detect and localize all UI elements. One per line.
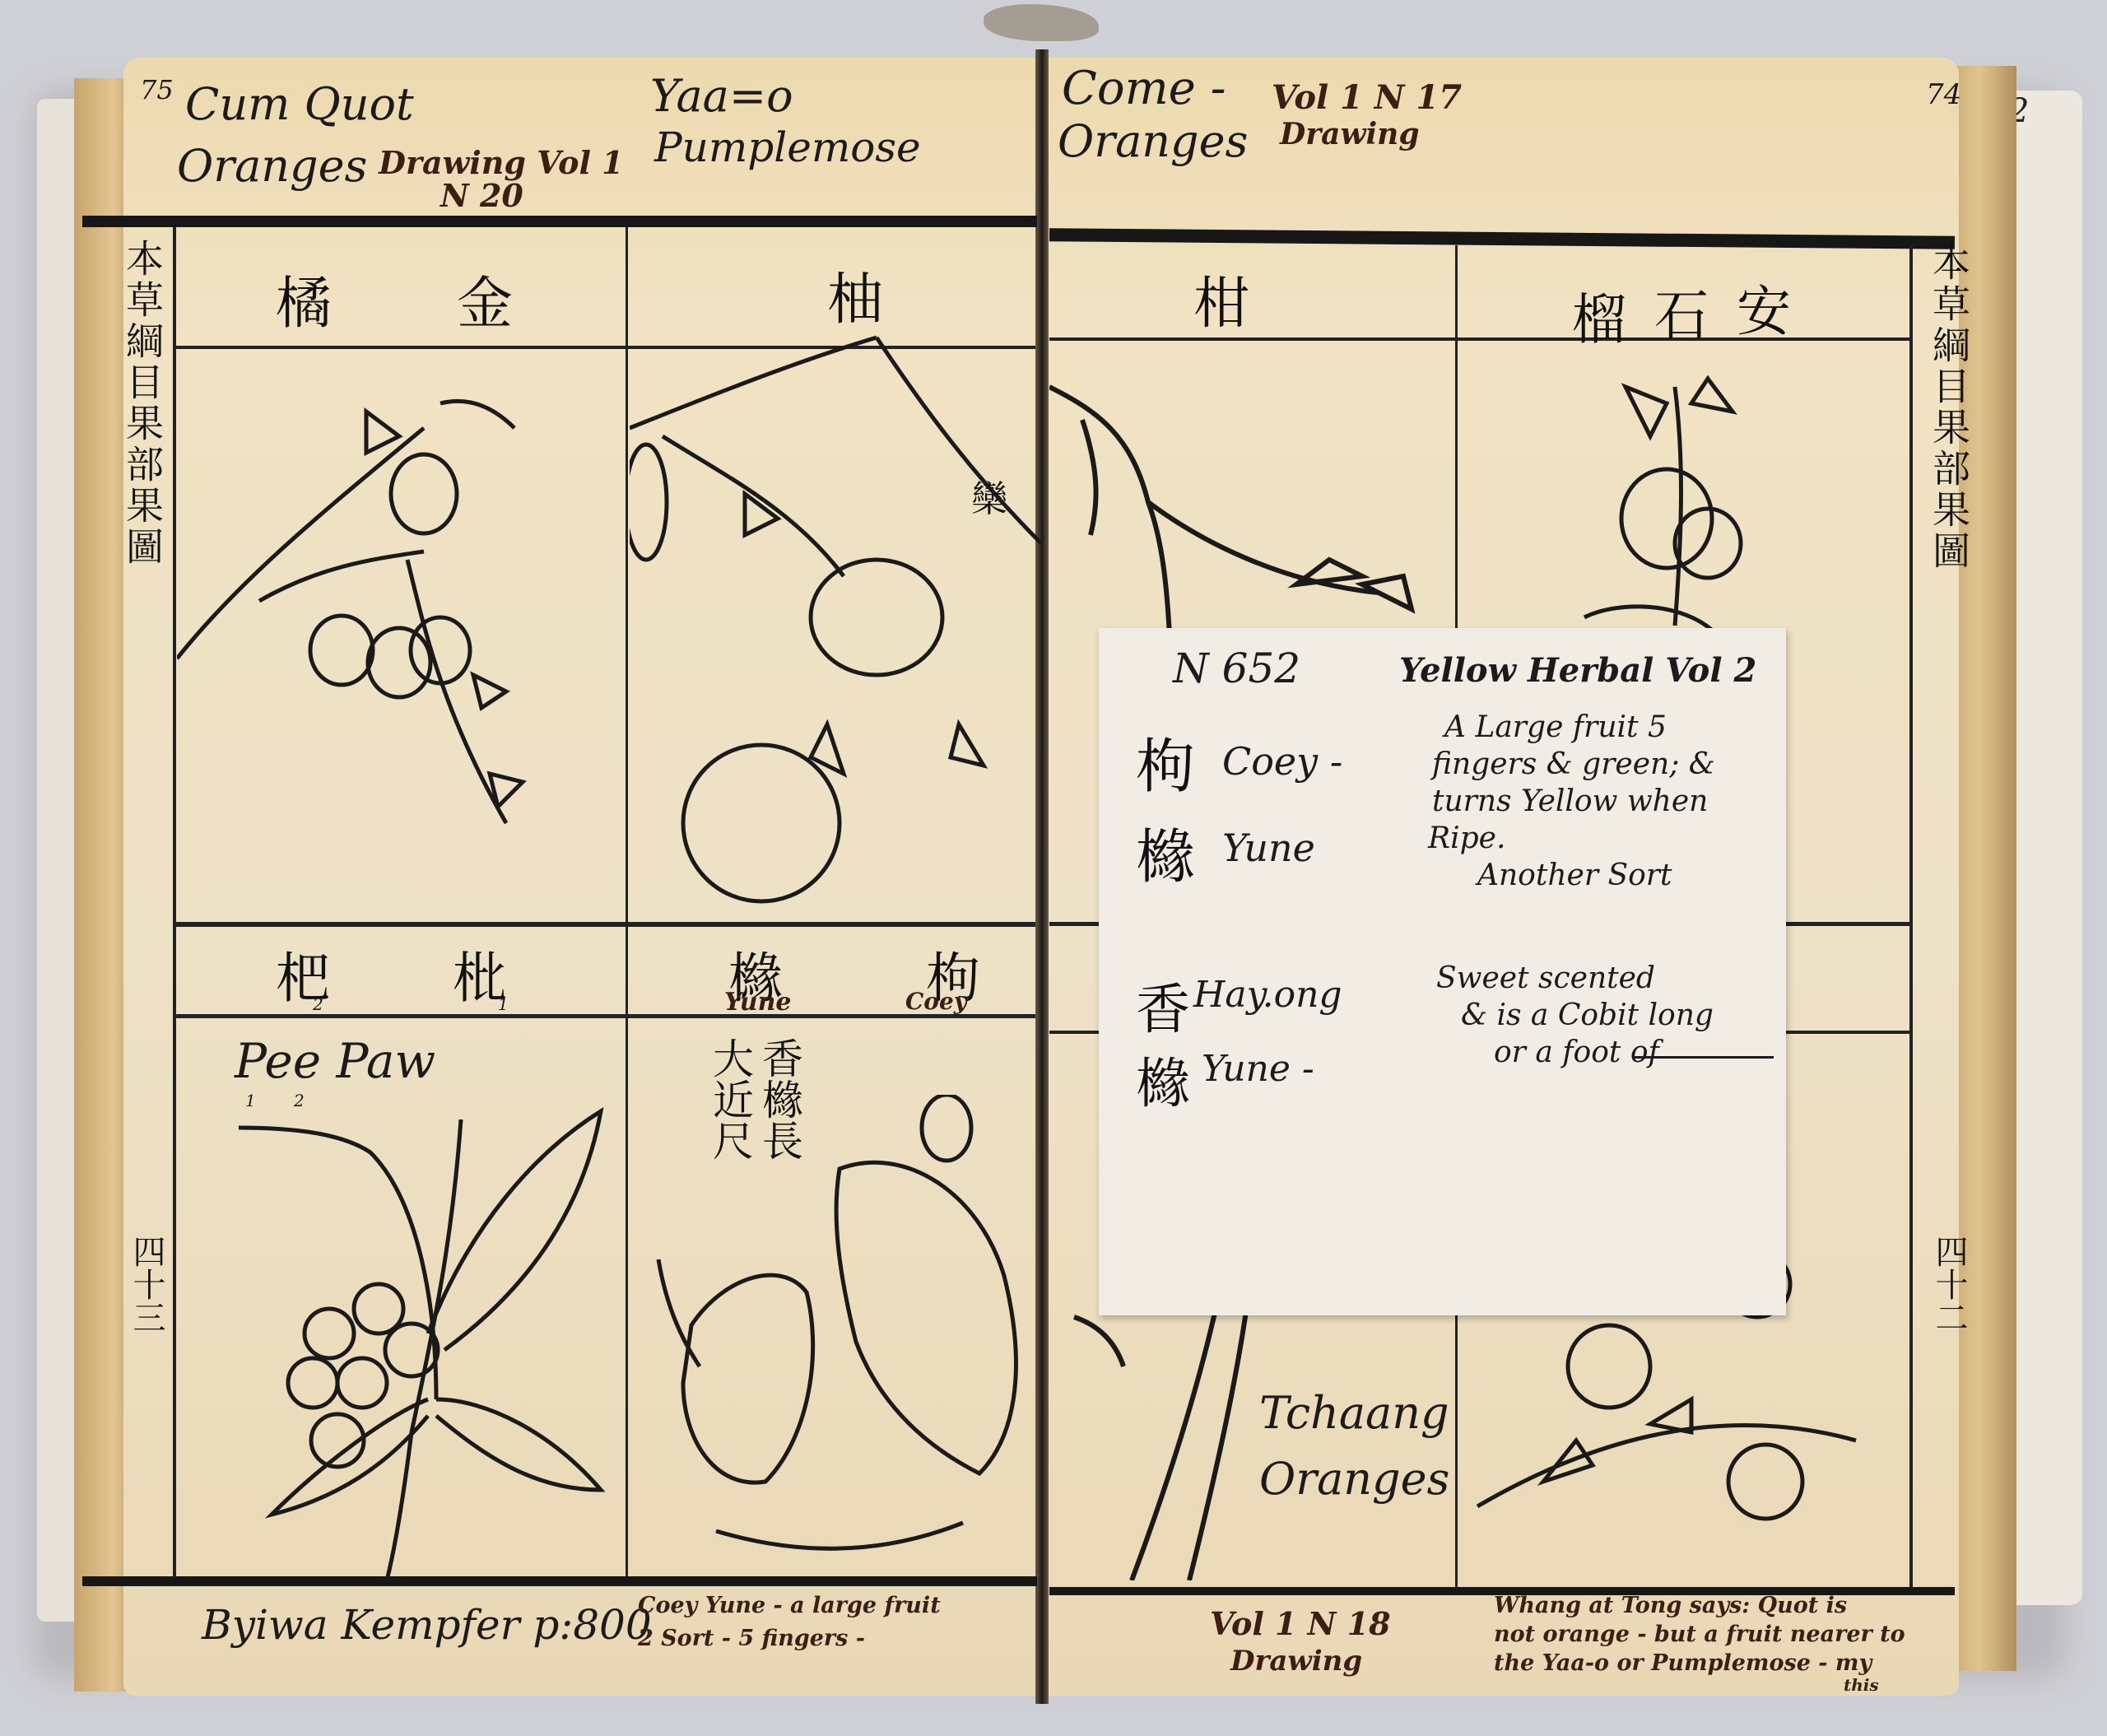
strikethrough-line — [1634, 1056, 1774, 1059]
slip-rom-yune: Yune — [1222, 826, 1315, 870]
char-shi: 石 — [1654, 272, 1709, 350]
footer-drawing: Drawing — [1230, 1645, 1362, 1678]
footer-whang-line4: this — [1844, 1675, 1879, 1695]
left-margin-title: 本草綱目果部果圖 — [115, 239, 170, 568]
top-rule-left — [82, 216, 1037, 227]
slip-number: N 652 — [1173, 645, 1300, 692]
header-n20: N 20 — [440, 177, 523, 214]
footer-coey-yune-line1: Coey Yune - a large fruit — [638, 1593, 941, 1618]
slip-rom-yune-2: Yune - — [1202, 1048, 1314, 1090]
left-page-number: 75 — [140, 74, 174, 105]
footer-whang-line2: not orange - but a fruit nearer to — [1494, 1622, 1905, 1647]
slip-note-2: fingers & green; & — [1432, 747, 1715, 781]
frame-right-outer — [1909, 245, 1913, 1587]
header-oranges: Oranges — [177, 140, 367, 192]
slip-note-3: turns Yellow when — [1432, 784, 1708, 818]
slip-char-xiang: 香 — [1136, 966, 1190, 1044]
header-cum-quot: Cum Quot — [185, 78, 414, 130]
frame-left-outer — [173, 227, 176, 1577]
header-oranges-right: Oranges — [1058, 115, 1248, 167]
char-an: 安 — [1737, 268, 1791, 346]
annotation-pee-paw: Pee Paw — [235, 1033, 435, 1089]
header-vol1-n17: Vol 1 N 17 — [1272, 78, 1462, 117]
right-page-number: 74 — [1926, 78, 1961, 111]
frame-left-mid — [626, 227, 628, 1577]
number-2: 2 — [313, 994, 323, 1014]
annotation-tchaang: Tchaang — [1259, 1387, 1449, 1439]
kumquat-drawing — [177, 362, 621, 922]
header-drawing-right: Drawing — [1280, 117, 1420, 151]
loquat-drawing — [222, 1103, 626, 1580]
slip-note-cobit-long: & is a Cobit long — [1461, 998, 1714, 1032]
header-drawing-vol1: Drawing Vol 1 — [379, 144, 624, 181]
char-you: 柚 — [827, 255, 883, 335]
footer-coey-yune-line2: 2 Sort - 5 fingers - — [638, 1626, 865, 1651]
footer-byiwa-kempfer: Byiwa Kempfer p:800 — [202, 1601, 652, 1649]
char-gan: 柑 — [1193, 259, 1249, 339]
inserted-note-slip: N 652 Yellow Herbal Vol 2 枸 櫞 Coey - Yun… — [1099, 628, 1786, 1315]
slip-rom-coey: Coey - — [1222, 739, 1342, 784]
slip-note-1: A Large fruit 5 — [1444, 710, 1667, 744]
slip-char-gou: 枸 — [1136, 719, 1195, 804]
annotation-oranges: Oranges — [1259, 1453, 1449, 1505]
annotation-yune: Yune — [724, 988, 792, 1017]
char-ju: 橘 — [276, 259, 332, 339]
char-jin: 金 — [457, 259, 513, 339]
footer-vol1-n18: Vol 1 N 18 — [1210, 1605, 1391, 1642]
slip-note-4: Ripe. — [1428, 821, 1505, 855]
right-margin-title: 本草綱目果部果圖 — [1922, 243, 1976, 572]
slip-title: Yellow Herbal Vol 2 — [1399, 651, 1756, 690]
header-yaa-o: Yaa=o — [650, 70, 793, 122]
footer-whang-line1: Whang at Tong says: Quot is — [1494, 1593, 1847, 1618]
header-come: Come - — [1062, 62, 1226, 115]
pomelo-drawing — [630, 329, 1041, 922]
annotation-coey: Coey — [905, 988, 967, 1015]
slip-char-yuan-2: 櫞 — [1136, 1040, 1190, 1118]
cell-divider-mid-left — [175, 922, 1035, 927]
slip-note-sweet-scented: Sweet scented — [1436, 961, 1655, 995]
slip-note-another-sort: Another Sort — [1477, 859, 1672, 892]
slip-char-yuan: 櫞 — [1136, 809, 1195, 895]
left-margin-page: 四十三 — [123, 1235, 170, 1333]
slip-note-foot: or a foot of — [1494, 1036, 1659, 1069]
header-pumplemose: Pumplemose — [654, 123, 921, 171]
number-1: 1 — [498, 994, 509, 1014]
torn-spine — [984, 4, 1099, 41]
right-margin-page: 四十二 — [1926, 1235, 1973, 1333]
citron-drawing — [634, 1095, 1037, 1580]
footer-whang-line3: the Yaa-o or Pumplemose - my — [1494, 1650, 1872, 1676]
char-liu: 榴 — [1572, 276, 1626, 354]
slip-rom-hay-ong: Hay.ong — [1193, 974, 1342, 1016]
